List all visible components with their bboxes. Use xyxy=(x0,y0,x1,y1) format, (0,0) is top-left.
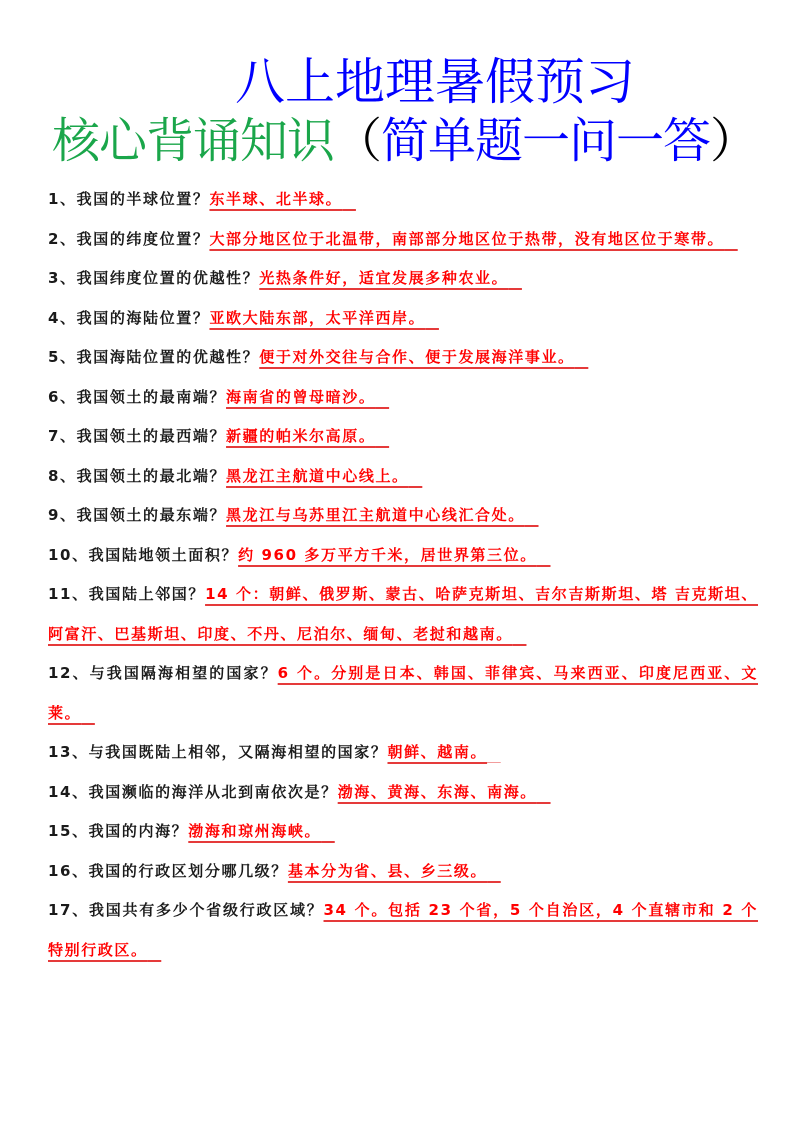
subtitle-core-knowledge: 核心背诵知识 xyxy=(52,113,334,169)
question: 7、我国领土的最西端？ xyxy=(48,427,226,445)
question: 5、我国海陆位置的优越性？ xyxy=(48,348,259,366)
answer: 渤海和琼州海峡。 xyxy=(188,822,334,840)
qa-item-7: 7、我国领土的最西端？新疆的帕米尔高原。 xyxy=(48,417,758,457)
qa-item-3: 3、我国纬度位置的优越性？光热条件好，适宜发展多种农业。 xyxy=(48,259,758,299)
qa-item-12: 12、与我国隔海相望的国家？6 个。分别是日本、韩国、菲律宾、马来西亚、印度尼西… xyxy=(48,654,758,733)
question: 14、我国濒临的海洋从北到南依次是？ xyxy=(48,783,338,801)
question: 6、我国领土的最南端？ xyxy=(48,388,226,406)
answer: 光热条件好，适宜发展多种农业。 xyxy=(259,269,522,287)
question: 10、我国陆地领土面积？ xyxy=(48,546,238,564)
answer: 约 960 多万平方千米，居世界第三位。 xyxy=(238,546,550,564)
qa-item-5: 5、我国海陆位置的优越性？便于对外交往与合作、便于发展海洋事业。 xyxy=(48,338,758,378)
question: 2、我国的纬度位置？ xyxy=(48,230,209,248)
qa-item-2: 2、我国的纬度位置？大部分地区位于北温带，南部部分地区位于热带，没有地区位于寒带… xyxy=(48,220,758,260)
answer: 便于对外交往与合作、便于发展海洋事业。 xyxy=(259,348,588,366)
question: 9、我国领土的最东端？ xyxy=(48,506,226,524)
qa-item-8: 8、我国领土的最北端？黑龙江主航道中心线上。 xyxy=(48,457,758,497)
qa-item-15: 15、我国的内海？渤海和琼州海峡。 xyxy=(48,812,758,852)
subtitle-open-paren: （ xyxy=(334,113,381,169)
answer: 大部分地区位于北温带，南部部分地区位于热带，没有地区位于寒带。 xyxy=(209,230,737,248)
qa-item-1: 1、我国的半球位置？东半球、北半球。 xyxy=(48,180,758,220)
qa-list: 1、我国的半球位置？东半球、北半球。 2、我国的纬度位置？大部分地区位于北温带，… xyxy=(48,180,758,970)
question: 13、与我国既陆上相邻，又隔海相望的国家？ xyxy=(48,743,387,761)
question: 11、我国陆上邻国？ xyxy=(48,585,205,603)
title-subtitle: 核心背诵知识（简单题一问一答） xyxy=(52,110,757,172)
question: 16、我国的行政区划分哪几级？ xyxy=(48,862,288,880)
answer: 亚欧大陆东部，太平洋西岸。 xyxy=(209,309,438,327)
question: 12、与我国隔海相望的国家？ xyxy=(48,664,278,682)
qa-item-11: 11、我国陆上邻国？14 个：朝鲜、俄罗斯、蒙古、哈萨克斯坦、吉尔吉斯斯坦、塔 … xyxy=(48,575,758,654)
answer: 东半球、北半球。 xyxy=(209,190,355,208)
answer: 海南省的曾母暗沙。 xyxy=(226,388,389,406)
answer: 基本分为省、县、乡三级。 xyxy=(288,862,501,880)
qa-item-6: 6、我国领土的最南端？海南省的曾母暗沙。 xyxy=(48,378,758,418)
qa-item-17: 17、我国共有多少个省级行政区域？34 个。包括 23 个省，5 个自治区，4 … xyxy=(48,891,758,970)
qa-item-4: 4、我国的海陆位置？亚欧大陆东部，太平洋西岸。 xyxy=(48,299,758,339)
qa-item-10: 10、我国陆地领土面积？约 960 多万平方千米，居世界第三位。 xyxy=(48,536,758,576)
qa-item-13: 13、与我国既陆上相邻，又隔海相望的国家？朝鲜、越南。 xyxy=(48,733,758,773)
answer: 黑龙江与乌苏里江主航道中心线汇合处。 xyxy=(226,506,538,524)
qa-item-9: 9、我国领土的最东端？黑龙江与乌苏里江主航道中心线汇合处。 xyxy=(48,496,758,536)
title-main: 八上地理暑假预习 xyxy=(0,52,800,112)
question: 17、我国共有多少个省级行政区域？ xyxy=(48,901,324,919)
answer: 新疆的帕米尔高原。 xyxy=(226,427,389,445)
question: 3、我国纬度位置的优越性？ xyxy=(48,269,259,287)
subtitle-close-paren: ） xyxy=(710,113,757,169)
subtitle-qa-format: 简单题一问一答 xyxy=(381,113,710,169)
question: 1、我国的半球位置？ xyxy=(48,190,209,208)
question: 8、我国领土的最北端？ xyxy=(48,467,226,485)
answer: 朝鲜、越南。 xyxy=(387,743,500,761)
question: 4、我国的海陆位置？ xyxy=(48,309,209,327)
answer: 渤海、黄海、东海、南海。 xyxy=(338,783,551,801)
qa-item-14: 14、我国濒临的海洋从北到南依次是？渤海、黄海、东海、南海。 xyxy=(48,773,758,813)
answer: 黑龙江主航道中心线上。 xyxy=(226,467,422,485)
qa-item-16: 16、我国的行政区划分哪几级？基本分为省、县、乡三级。 xyxy=(48,852,758,892)
question: 15、我国的内海？ xyxy=(48,822,188,840)
